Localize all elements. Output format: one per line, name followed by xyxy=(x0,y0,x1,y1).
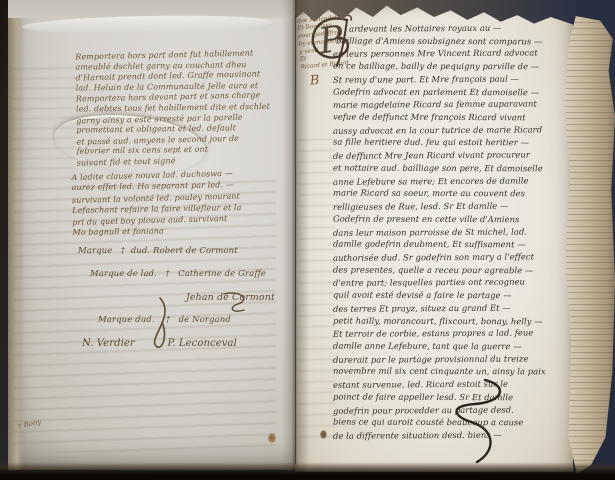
handwritten-line: Marque † dud. Robert de Cormont xyxy=(78,240,300,263)
left-paragraph-2: A ladite clause nouva lad. duchoswa —aur… xyxy=(71,167,300,239)
handwritten-line: damlle anne Lefebure, tant que la guerre… xyxy=(333,340,573,354)
handwritten-line: relligieuses de Rue, lesd. Sr Et damlle … xyxy=(333,199,573,213)
ink-blot xyxy=(320,430,327,439)
left-cover-edge xyxy=(8,0,24,470)
handwritten-line: Marque de lad. † Catherine de Graffe xyxy=(90,263,300,286)
handwritten-line: quil avoit esté devisé a faire le partag… xyxy=(333,289,573,303)
handwritten-line: et nottaire aud. bailliage son pere, Et … xyxy=(333,161,573,175)
handwritten-line: Godefrin de present en cette ville d'Ami… xyxy=(333,212,573,226)
handwritten-line: St remy d'une part. Et Mre françois paul… xyxy=(333,72,573,86)
left-paragraph-1: Remportera hors part dont fut habillemen… xyxy=(75,48,301,168)
handwritten-line: authorisée dud. Sr godefrin son mary a l… xyxy=(333,250,573,264)
handwritten-line: des terres Et prayz, situez au grand Et … xyxy=(333,301,573,315)
ink-blot xyxy=(268,433,276,443)
book-fore-edge xyxy=(562,16,615,474)
handwritten-line: Et terroir de corbie, estans propres a l… xyxy=(333,326,573,340)
book-gutter xyxy=(282,0,310,474)
signature-flourish-icon xyxy=(146,292,266,372)
handwritten-line: vefue de deffunct Mre françois Ricard vi… xyxy=(333,111,573,125)
handwritten-line: marie magdelaine Ricard sa femme auparav… xyxy=(333,97,573,111)
handwritten-line: ardevant les Nottaires royaux au — xyxy=(333,21,573,35)
handwritten-line: damlle godefrin deubment, Et suffisament… xyxy=(333,238,573,252)
bottom-edge-shadow xyxy=(0,462,615,480)
left-page: Remportera hors part dont fut habillemen… xyxy=(8,0,295,470)
manuscript-photo: Remportera hors part dont fut habillemen… xyxy=(0,0,615,480)
handwritten-line: de deffunct Mre Jean Ricard vivant procu… xyxy=(333,148,573,162)
notary-paraph-icon xyxy=(445,375,517,467)
handwritten-line: en ce bailliage, bailly de pequigny parv… xyxy=(333,60,573,74)
right-page: Ricard Jacengelque MelandetEt Bonnroispo… xyxy=(295,0,573,472)
